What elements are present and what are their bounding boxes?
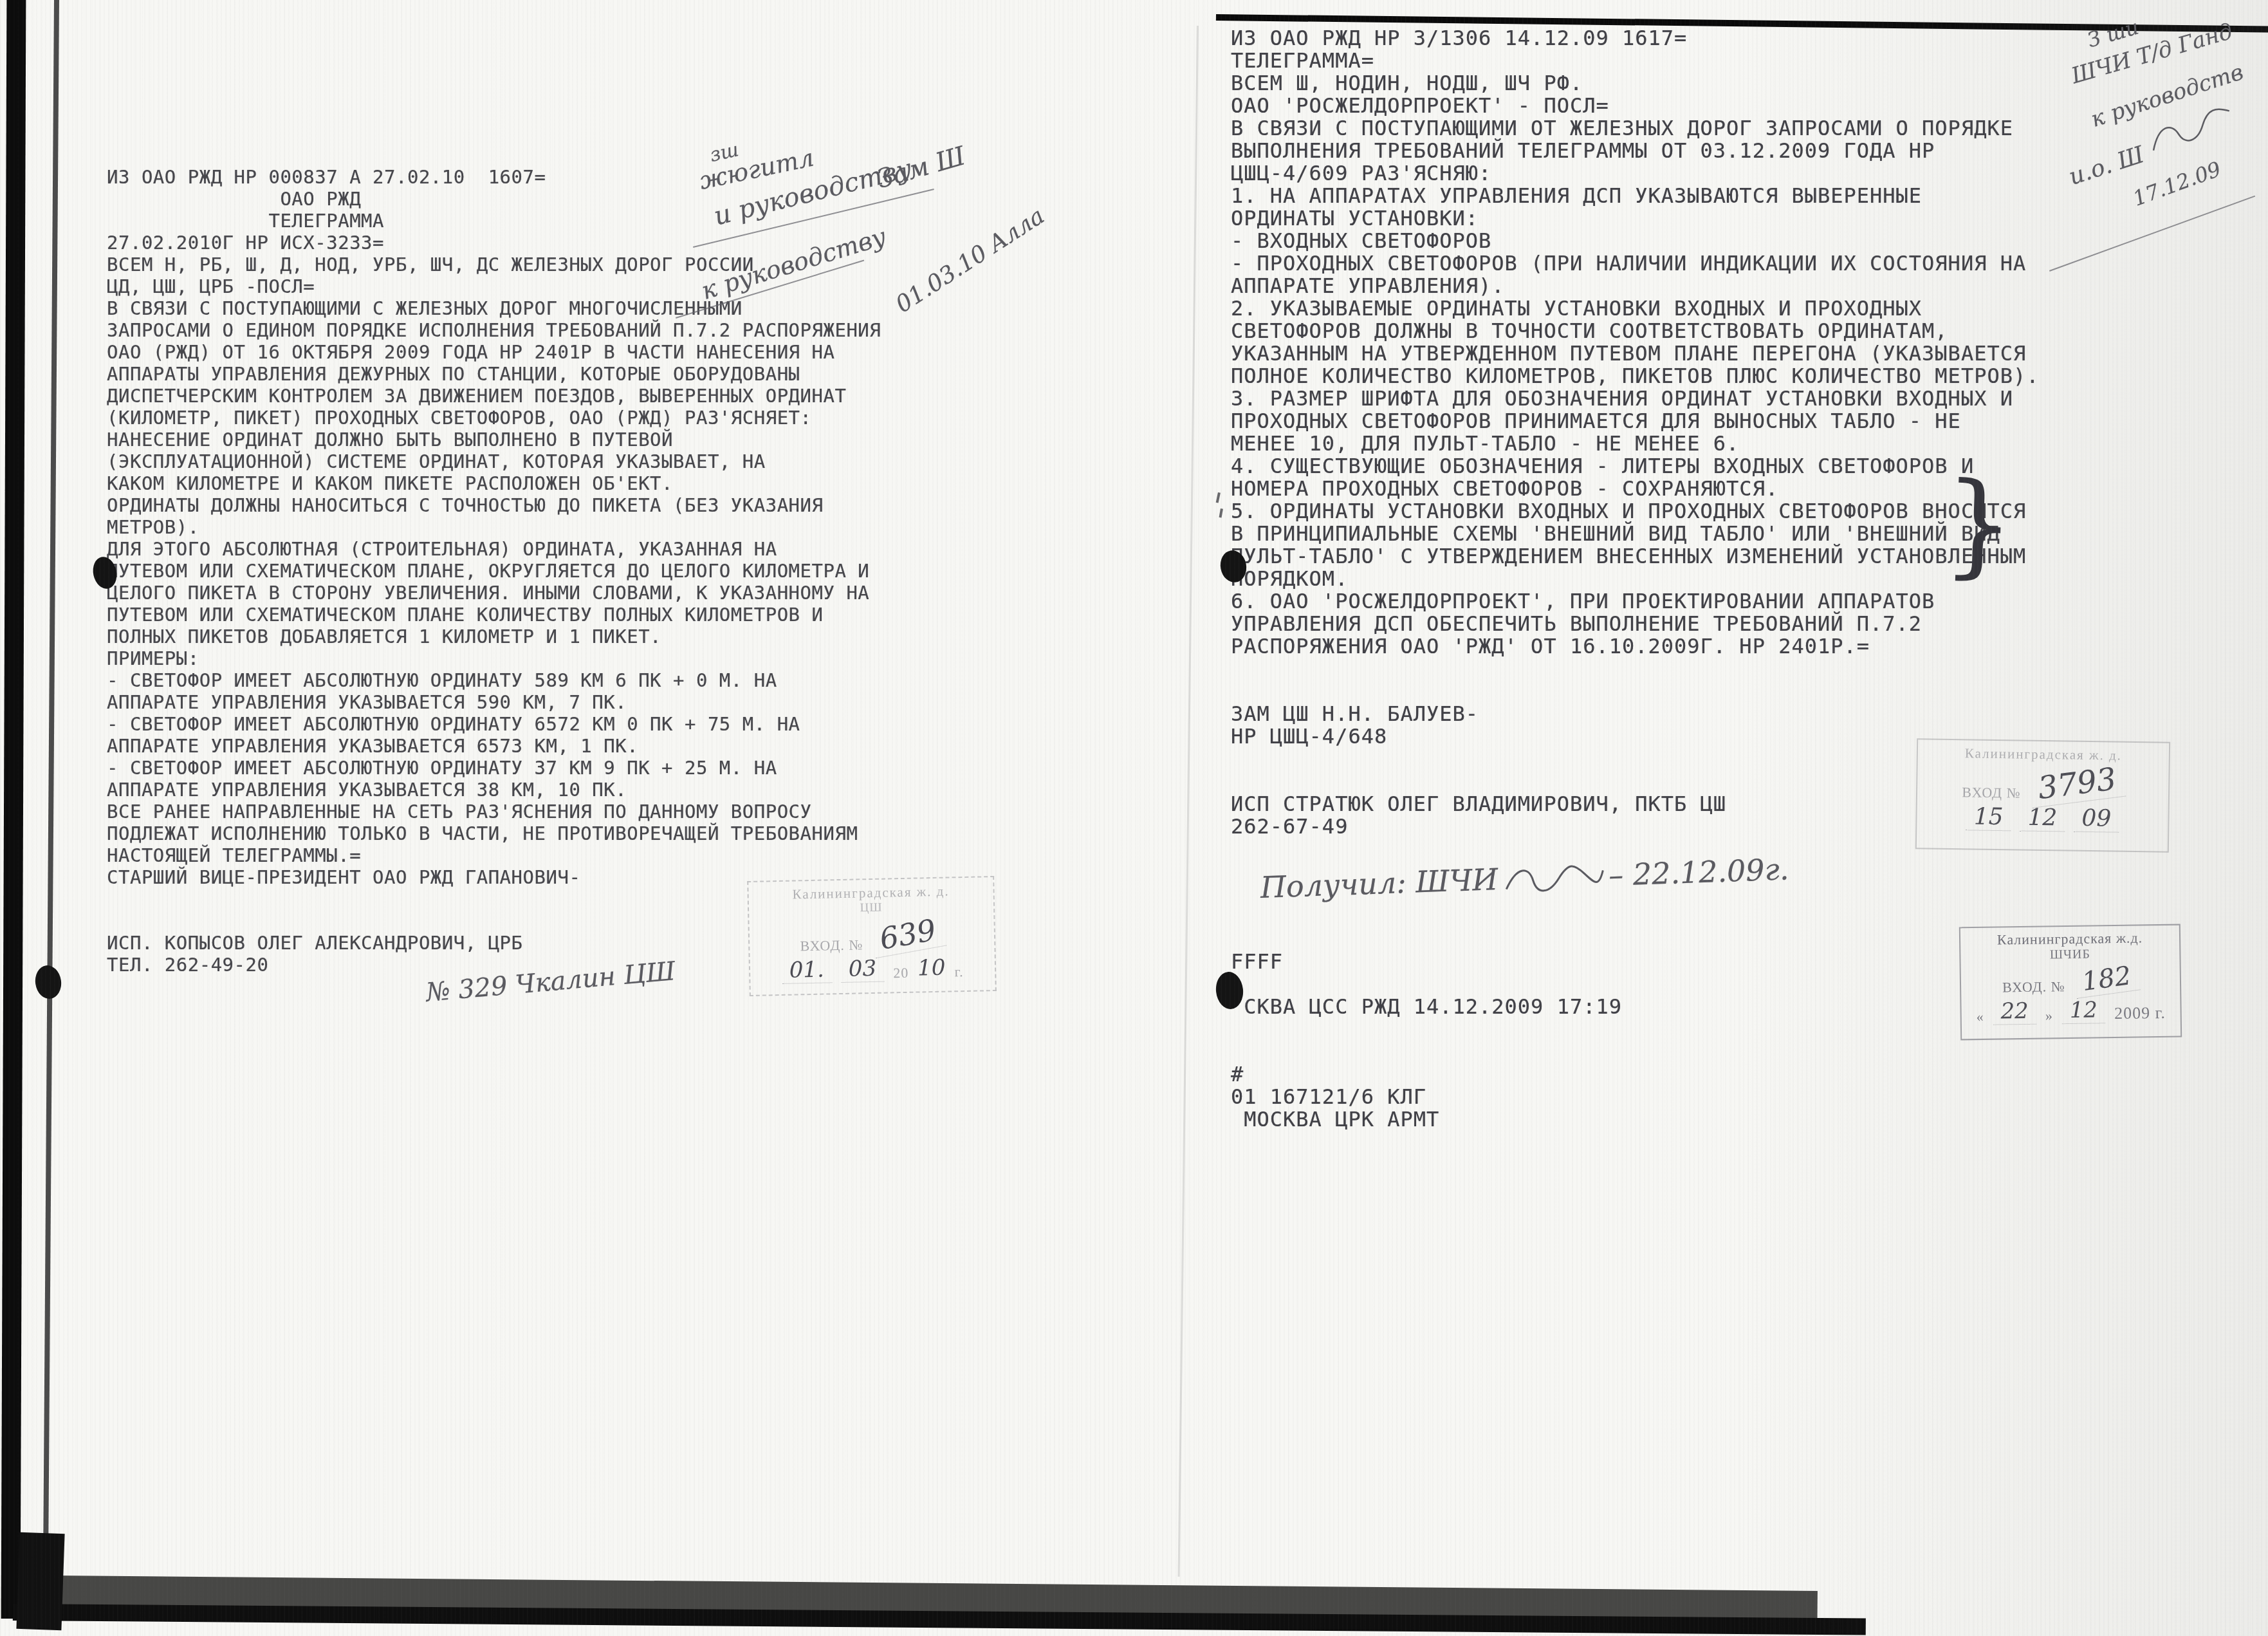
stamp-number-handwritten: 182 xyxy=(2072,960,2141,999)
handdrawn-brace: } xyxy=(1941,467,2016,582)
stamp-number-handwritten: 639 xyxy=(869,911,946,958)
incoming-stamp-upper-right: Калининградская ж. д. ВХОД № 3793 15 12 … xyxy=(1915,738,2170,852)
handwritten-note: Зам Ш xyxy=(874,141,969,194)
received-note-suffix: – 22.12.09г. xyxy=(1608,851,1789,893)
stamp-year: 09 xyxy=(2074,805,2119,833)
stamp-quote-open: « xyxy=(1976,1009,1984,1025)
pen-stroke xyxy=(2049,196,2255,272)
ink-blob xyxy=(33,963,64,1000)
stamp-day: 22 xyxy=(1993,998,2036,1025)
stamp-number-row: ВХОД. № 182 xyxy=(1961,963,2180,997)
received-note-prefix: Получил: ШЧИ xyxy=(1260,862,1498,905)
right-telegram-text: ИЗ ОАО РЖД НР 3/1306 14.12.09 1617= ТЕЛЕ… xyxy=(1231,27,2039,1131)
stamp-dept-label: ШЧИБ xyxy=(1960,946,2179,964)
margin-tick xyxy=(1219,508,1223,517)
stamp-day: 15 xyxy=(1966,803,2011,831)
stamp-quote-close: » xyxy=(2045,1007,2053,1024)
stamp-year: 2009 г. xyxy=(2114,1003,2166,1023)
stamp-year-prefix: 20 xyxy=(893,965,909,981)
stamp-org-label: Калининградская ж. д. xyxy=(1918,745,2169,764)
stamp-date-row: 15 12 09 xyxy=(1917,803,2168,833)
stamp-date-row: 01. 03 20 10 г. xyxy=(750,953,995,985)
handwritten-note-text: и.о. Ш xyxy=(2066,142,2148,191)
handwritten-date-note: 01.03.10 Алла xyxy=(891,203,1049,318)
stamp-month: 12 xyxy=(2020,804,2065,832)
incoming-stamp-left: Калининградская ж. д. ЦШ ВХОД. № 639 01.… xyxy=(747,876,997,996)
stamp-in-label: ВХОД. № xyxy=(2002,978,2065,996)
scan-edge-black-bar xyxy=(1,0,26,1619)
stamp-month: 12 xyxy=(2061,997,2105,1024)
stamp-date-row: « 22 » 12 2009 г. xyxy=(1961,996,2180,1026)
stamp-year-suffix: г. xyxy=(954,963,964,980)
scanned-document: ИЗ ОАО РЖД НР 000837 А 27.02.10 1607= ОА… xyxy=(0,0,2268,1636)
page-fold-crease xyxy=(1178,26,1199,1577)
incoming-stamp-lower-right: Калининградская ж.д. ШЧИБ ВХОД. № 182 « … xyxy=(1959,924,2182,1041)
stamp-month: 03 xyxy=(840,956,884,983)
left-page-edge-line xyxy=(43,0,59,1583)
margin-tick xyxy=(1216,492,1221,503)
signature-squiggle xyxy=(1501,860,1605,898)
stamp-day: 01. xyxy=(781,956,832,984)
stamp-number-row: ВХОД. № 639 xyxy=(749,915,994,956)
stamp-in-label: ВХОД № xyxy=(1962,784,2021,801)
stamp-in-label: ВХОД. № xyxy=(800,936,863,954)
stamp-number-handwritten: 3793 xyxy=(2028,760,2126,808)
stamp-year: 10 xyxy=(917,955,946,981)
left-telegram-text: ИЗ ОАО РЖД НР 000837 А 27.02.10 1607= ОА… xyxy=(107,166,881,976)
stamp-number-row: ВХОД № 3793 xyxy=(1917,763,2169,803)
bottom-left-corner-patch xyxy=(16,1532,64,1630)
